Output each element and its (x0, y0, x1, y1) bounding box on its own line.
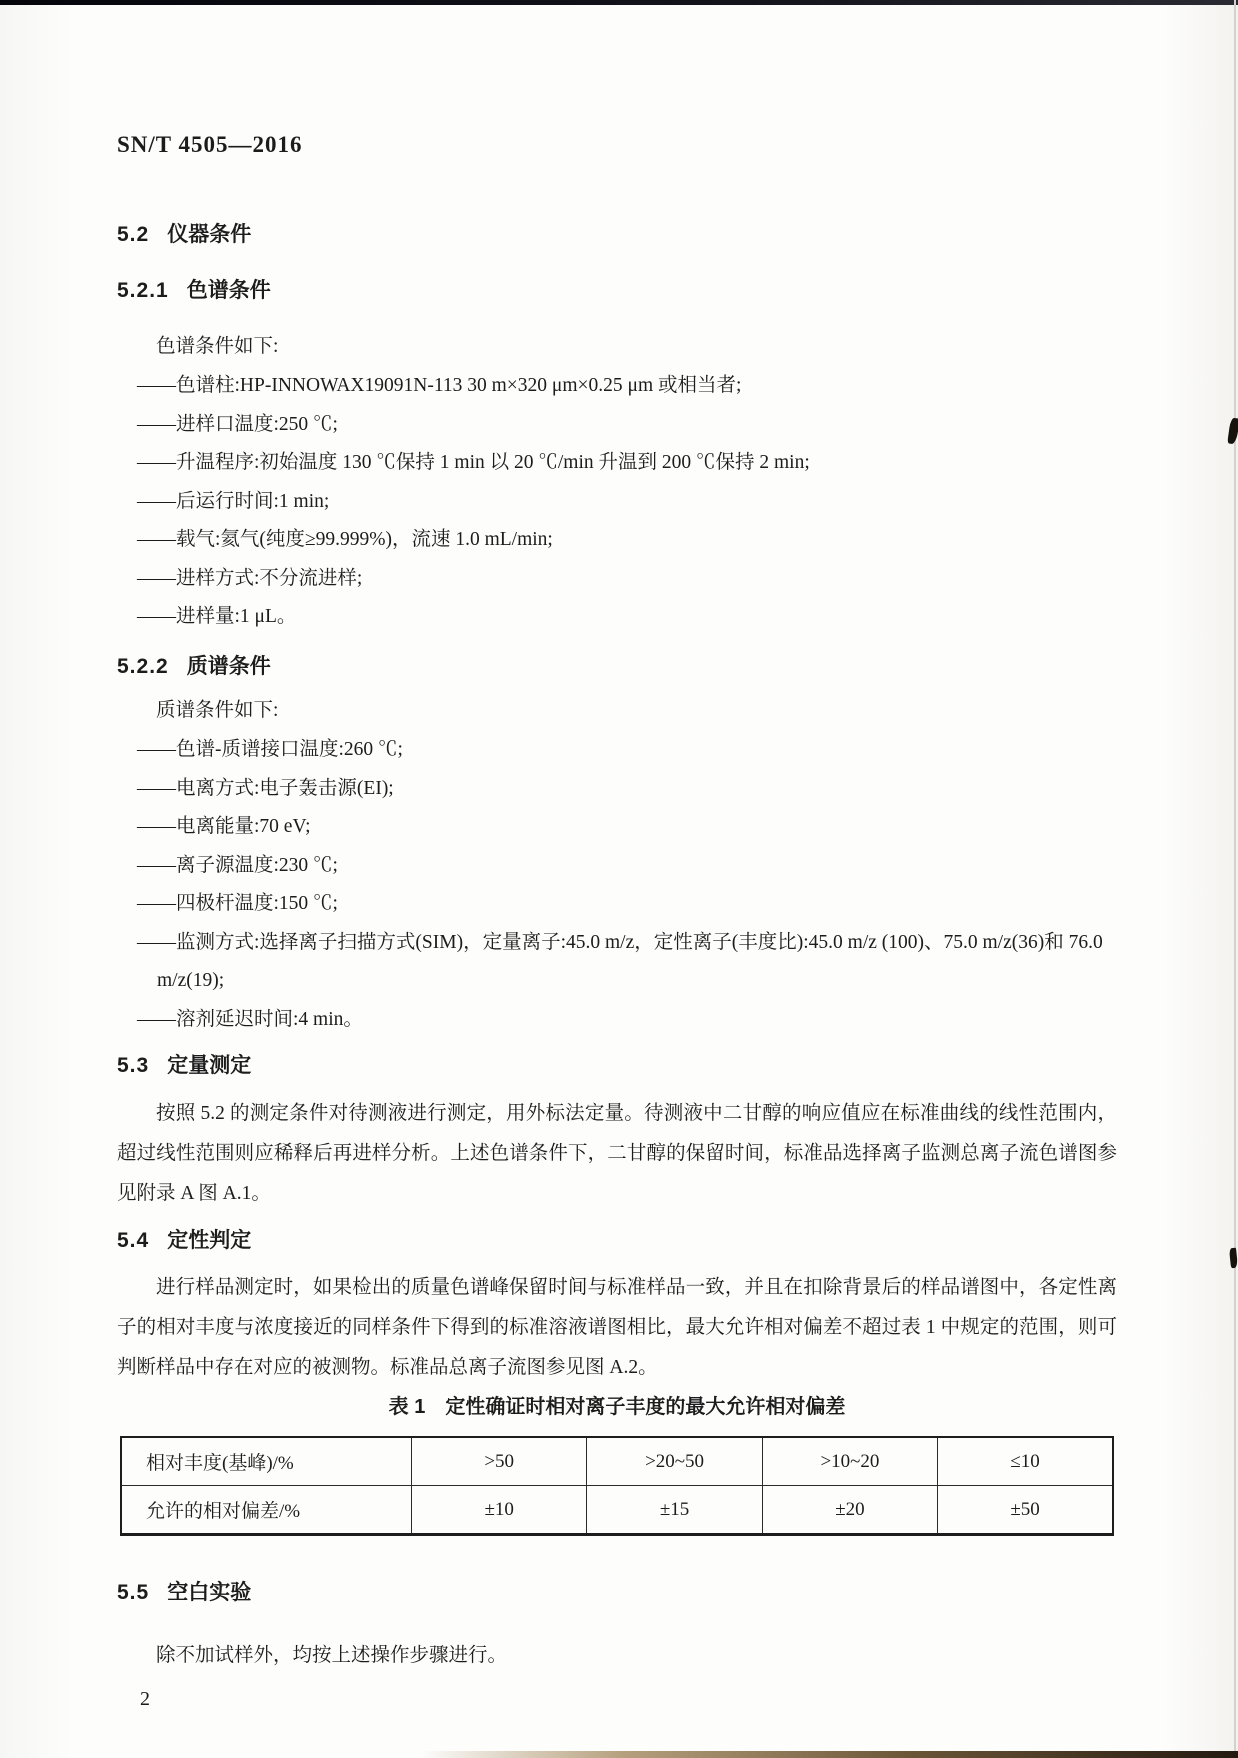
scan-smudge (1227, 418, 1238, 445)
section-number: 5.2.2 (117, 655, 169, 678)
list-item: ——进样方式:不分流进样; (117, 560, 1117, 599)
scan-edge-top (0, 0, 1238, 5)
scan-smudge (1229, 1248, 1238, 1269)
table-row: 允许的相对偏差/% ±10 ±15 ±20 ±50 (121, 1486, 1113, 1535)
table-cell: >50 (412, 1437, 587, 1486)
table-cell: ±20 (762, 1486, 937, 1535)
list-item: ——后运行时间:1 min; (117, 483, 1117, 522)
section-heading-5-4: 5.4定性判定 (117, 1224, 1117, 1254)
document-page: SN/T 4505—2016 5.2仪器条件 5.2.1色谱条件 色谱条件如下:… (0, 0, 1238, 1758)
section-title: 定性判定 (167, 1229, 251, 1252)
section-heading-5-3: 5.3定量测定 (117, 1049, 1117, 1079)
scan-edge-bottom (420, 1751, 1238, 1758)
table-cell: >10~20 (762, 1437, 937, 1486)
table-1-max-allowed-relative-deviation: 相对丰度(基峰)/% >50 >20~50 >10~20 ≤10 允许的相对偏差… (120, 1436, 1114, 1536)
list-item: ——升温程序:初始温度 130 ℃保持 1 min 以 20 ℃/min 升温到… (117, 444, 1117, 483)
quantitative-determination-paragraph: 按照 5.2 的测定条件对待测液进行测定，用外标法定量。待测液中二甘醇的响应值应… (117, 1094, 1117, 1214)
section-title: 质谱条件 (187, 655, 271, 678)
table-cell: ±15 (587, 1486, 762, 1535)
list-item: ——进样量:1 μL。 (117, 598, 1117, 637)
section-number: 5.5 (117, 1581, 149, 1604)
table-cell: >20~50 (587, 1437, 762, 1486)
list-item: ——色谱-质谱接口温度:260 ℃; (117, 731, 1117, 770)
section-title: 空白实验 (167, 1581, 251, 1604)
section-heading-5-2-2: 5.2.2质谱条件 (117, 650, 1117, 680)
table-cell: ±50 (938, 1486, 1113, 1535)
list-item: ——色谱柱:HP-INNOWAX19091N-113 30 m×320 μm×0… (117, 367, 1117, 406)
section-number: 5.3 (117, 1054, 149, 1077)
table-1-caption: 表 1定性确证时相对离子丰度的最大允许相对偏差 (117, 1390, 1117, 1419)
list-item: ——溶剂延迟时间:4 min。 (117, 1001, 1117, 1040)
section-number: 5.2 (117, 223, 149, 246)
section-title: 定量测定 (167, 1054, 251, 1077)
list-item: ——电离方式:电子轰击源(EI); (117, 770, 1117, 809)
section-number: 5.4 (117, 1229, 149, 1252)
section-title: 仪器条件 (167, 223, 251, 246)
table-cell: ≤10 (938, 1437, 1113, 1486)
section-number: 5.2.1 (117, 279, 169, 302)
section-title: 色谱条件 (187, 279, 271, 302)
list-item: ——监测方式:选择离子扫描方式(SIM)，定量离子:45.0 m/z，定性离子(… (117, 924, 1117, 1001)
table-cell: 相对丰度(基峰)/% (121, 1437, 412, 1486)
section-heading-5-2: 5.2仪器条件 (117, 218, 1117, 248)
list-item: ——进样口温度:250 ℃; (117, 406, 1117, 445)
section-heading-5-2-1: 5.2.1色谱条件 (117, 274, 1117, 304)
mass-spec-conditions-intro: 质谱条件如下: (117, 694, 1117, 722)
section-heading-5-5: 5.5空白实验 (117, 1576, 1117, 1606)
list-item: ——载气:氦气(纯度≥99.999%)，流速 1.0 mL/min; (117, 521, 1117, 560)
table-1-label: 表 1 (389, 1396, 426, 1418)
document-number-header: SN/T 4505—2016 (117, 132, 1117, 158)
table-cell: ±10 (412, 1486, 587, 1535)
page-number: 2 (140, 1688, 150, 1711)
chromatography-conditions-list: ——色谱柱:HP-INNOWAX19091N-113 30 m×320 μm×0… (117, 367, 1117, 637)
mass-spec-conditions-list: ——色谱-质谱接口温度:260 ℃; ——电离方式:电子轰击源(EI); ——电… (117, 731, 1117, 1039)
chromatography-conditions-intro: 色谱条件如下: (117, 330, 1117, 358)
table-cell: 允许的相对偏差/% (121, 1486, 412, 1535)
list-item: ——电离能量:70 eV; (117, 808, 1117, 847)
table-1-title: 定性确证时相对离子丰度的最大允许相对偏差 (445, 1396, 845, 1418)
blank-test-paragraph: 除不加试样外，均按上述操作步骤进行。 (117, 1636, 1117, 1676)
table-header-row: 相对丰度(基峰)/% >50 >20~50 >10~20 ≤10 (121, 1437, 1113, 1486)
qualitative-judgement-paragraph: 进行样品测定时，如果检出的质量色谱峰保留时间与标准样品一致，并且在扣除背景后的样… (117, 1268, 1117, 1388)
list-item: ——四极杆温度:150 ℃; (117, 885, 1117, 924)
list-item: ——离子源温度:230 ℃; (117, 847, 1117, 886)
scan-edge-right (1234, 0, 1236, 1758)
